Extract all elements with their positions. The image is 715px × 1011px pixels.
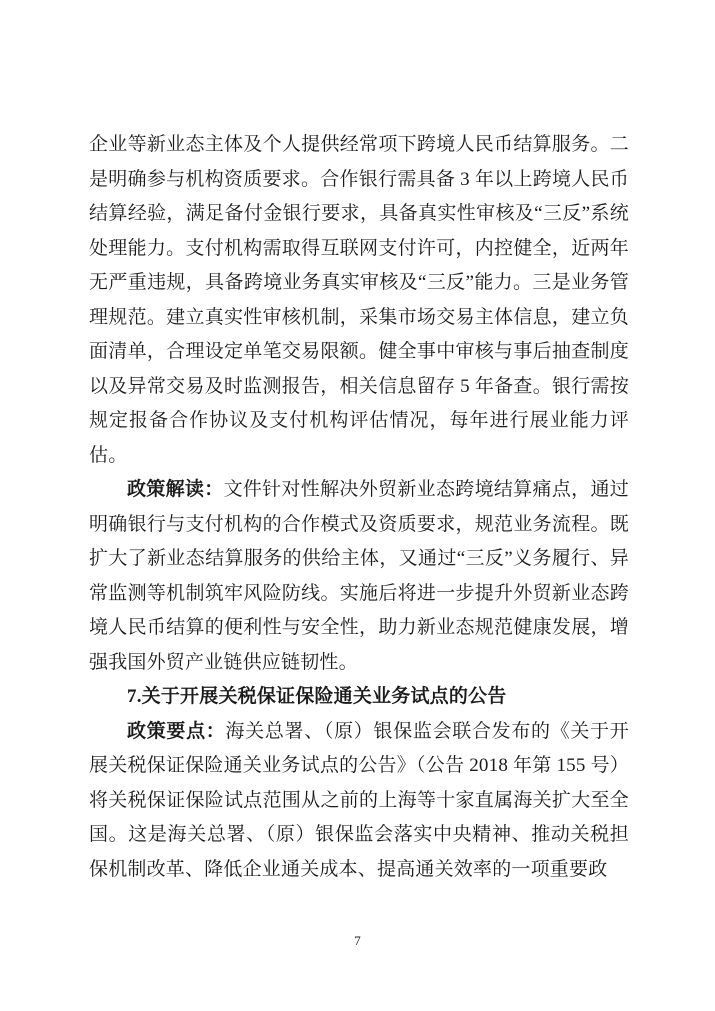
policy-points-label: 政策要点： <box>127 721 225 742</box>
page-number: 7 <box>354 933 361 948</box>
policy-interpretation-label: 政策解读： <box>127 479 224 500</box>
policy-points-paragraph: 政策要点：海关总署、（原）银保监会联合发布的《关于开展关税保证保险通关业务试点的… <box>89 715 629 888</box>
section-heading: 7.关于开展关税保证保险通关业务试点的公告 <box>89 680 629 715</box>
policy-interpretation-text: 文件针对性解决外贸新业态跨境结算痛点，通过明确银行与支付机构的合作模式及资质要求… <box>89 479 629 673</box>
body-paragraph: 企业等新业态主体及个人提供经常项下跨境人民币结算服务。二是明确参与机构资质要求。… <box>89 128 629 473</box>
policy-interpretation-paragraph: 政策解读：文件针对性解决外贸新业态跨境结算痛点，通过明确银行与支付机构的合作模式… <box>89 473 629 680</box>
document-page: 企业等新业态主体及个人提供经常项下跨境人民币结算服务。二是明确参与机构资质要求。… <box>0 0 715 1011</box>
page-content: 企业等新业态主体及个人提供经常项下跨境人民币结算服务。二是明确参与机构资质要求。… <box>89 128 629 887</box>
policy-points-text: 海关总署、（原）银保监会联合发布的《关于开展关税保证保险通关业务试点的公告》（公… <box>89 721 629 880</box>
page-footer: 7 <box>0 932 715 950</box>
